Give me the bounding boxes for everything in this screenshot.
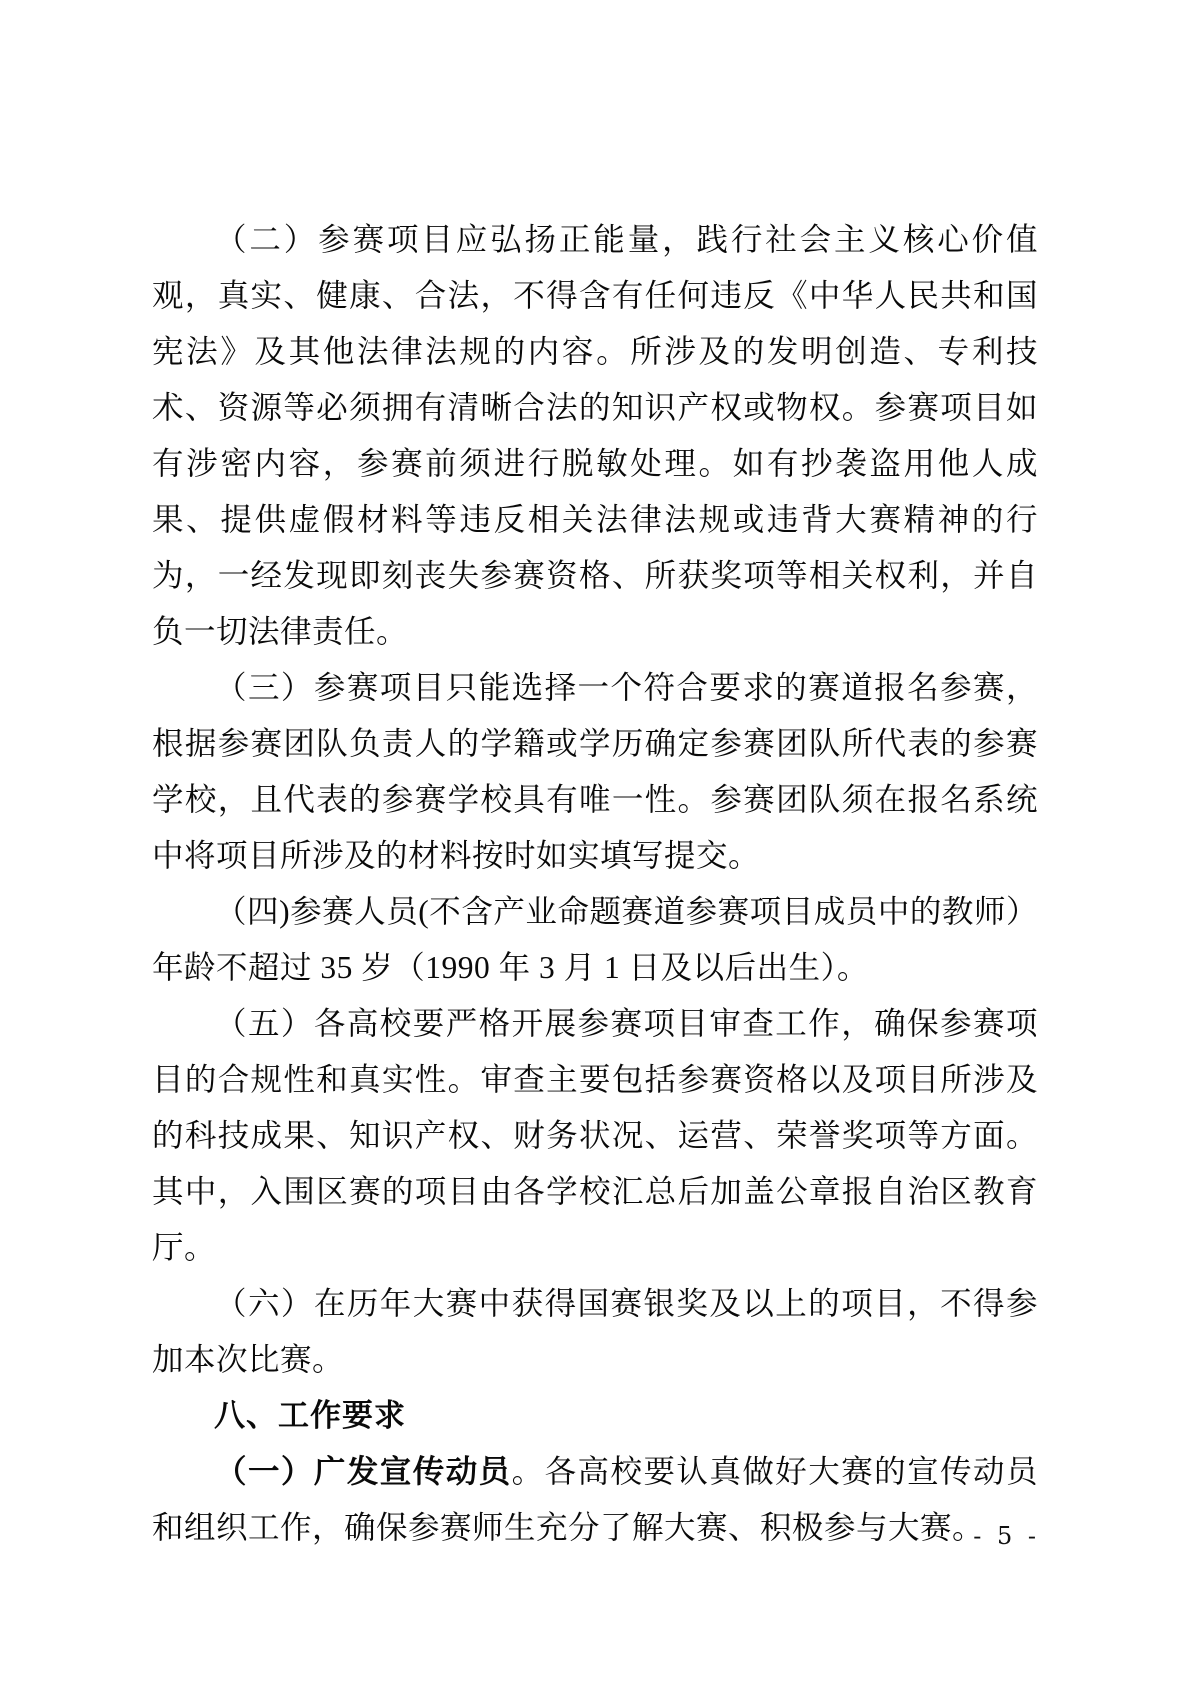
paragraph-item-5: （五）各高校要严格开展参赛项目审查工作，确保参赛项目的合规性和真实性。审查主要包… [152,996,1038,1276]
paragraph-item-3: （三）参赛项目只能选择一个符合要求的赛道报名参赛，根据参赛团队负责人的学籍或学历… [152,660,1038,884]
paragraph-item-4: （四)参赛人员(不含产业命题赛道参赛项目成员中的教师）年龄不超过 35 岁（19… [152,884,1038,996]
paragraph-item-6: （六）在历年大赛中获得国赛银奖及以上的项目，不得参加本次比赛。 [152,1276,1038,1388]
page-number: - 5 - [973,1522,1040,1550]
document-content: （二）参赛项目应弘扬正能量，践行社会主义核心价值观，真实、健康、合法，不得含有任… [152,212,1038,1556]
paragraph-bold-lead: （一）广发宣传动员 [215,1454,512,1489]
document-page: （二）参赛项目应弘扬正能量，践行社会主义核心价值观，真实、健康、合法，不得含有任… [0,0,1190,1682]
section-heading-work-requirements: 八、工作要求 [152,1388,1038,1444]
paragraph-item-1-publicity: （一）广发宣传动员。各高校要认真做好大赛的宣传动员和组织工作，确保参赛师生充分了… [152,1444,1038,1556]
paragraph-item-2: （二）参赛项目应弘扬正能量，践行社会主义核心价值观，真实、健康、合法，不得含有任… [152,212,1038,660]
